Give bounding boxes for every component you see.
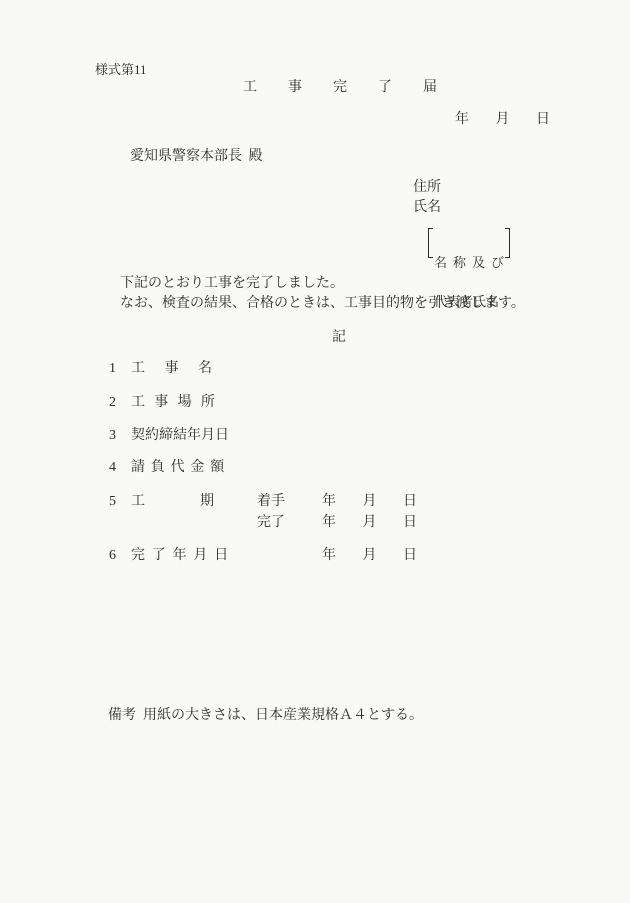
form-number: 様式第11 <box>95 63 147 76</box>
item-number: 2 <box>109 396 116 410</box>
recipient-line: 愛知県警察本部長 殿 <box>130 150 263 164</box>
item-label-contract-amount: 請負代金額 <box>131 461 230 475</box>
sender-org-lines: 名称及び 代表者氏名 <box>433 228 505 258</box>
document-page: 様式第11 工事完了届 年 月 日 愛知県警察本部長 殿 住所 氏名 名称及び … <box>0 0 630 903</box>
item-label-construction-site: 工事場所 <box>131 396 224 410</box>
item-number: 6 <box>109 549 116 563</box>
period-end-date: 年 月 日 <box>322 516 417 530</box>
body-statement-line1: 下記のとおり工事を完了しました。 <box>120 277 344 291</box>
page-title: 工事完了届 <box>243 81 468 95</box>
item-label-construction-period: 工期 <box>131 495 269 509</box>
body-statement-line2: なお、検査の結果、合格のときは、工事目的物を引き渡します。 <box>120 297 525 311</box>
item-number: 3 <box>109 429 116 443</box>
item-label-completion-date: 完了年月日 <box>131 549 235 563</box>
period-start-label: 着手 <box>257 495 285 509</box>
completion-date: 年 月 日 <box>322 549 417 563</box>
record-heading: 記 <box>332 331 346 345</box>
remarks-label: 備考 <box>108 709 136 723</box>
item-number: 1 <box>109 362 116 376</box>
right-bracket <box>505 228 510 258</box>
remarks-text: 用紙の大きさは、日本産業規格Ａ４とする。 <box>143 709 423 723</box>
period-end-label: 完了 <box>257 516 285 530</box>
remarks-row: 備考 用紙の大きさは、日本産業規格Ａ４とする。 <box>108 709 423 723</box>
header-date-line: 年 月 日 <box>455 113 550 127</box>
item-number: 5 <box>109 495 116 509</box>
sender-name-label: 氏名 <box>413 201 441 215</box>
sender-org-bracket: 名称及び 代表者氏名 <box>428 228 510 258</box>
item-number: 4 <box>109 461 116 475</box>
period-start-date: 年 月 日 <box>322 495 417 509</box>
item-label-contract-date: 契約締結年月日 <box>131 429 229 443</box>
sender-address-label: 住所 <box>413 181 441 195</box>
org-name-label: 名称及び <box>434 256 504 269</box>
item-label-construction-name: 工事名 <box>131 362 232 376</box>
